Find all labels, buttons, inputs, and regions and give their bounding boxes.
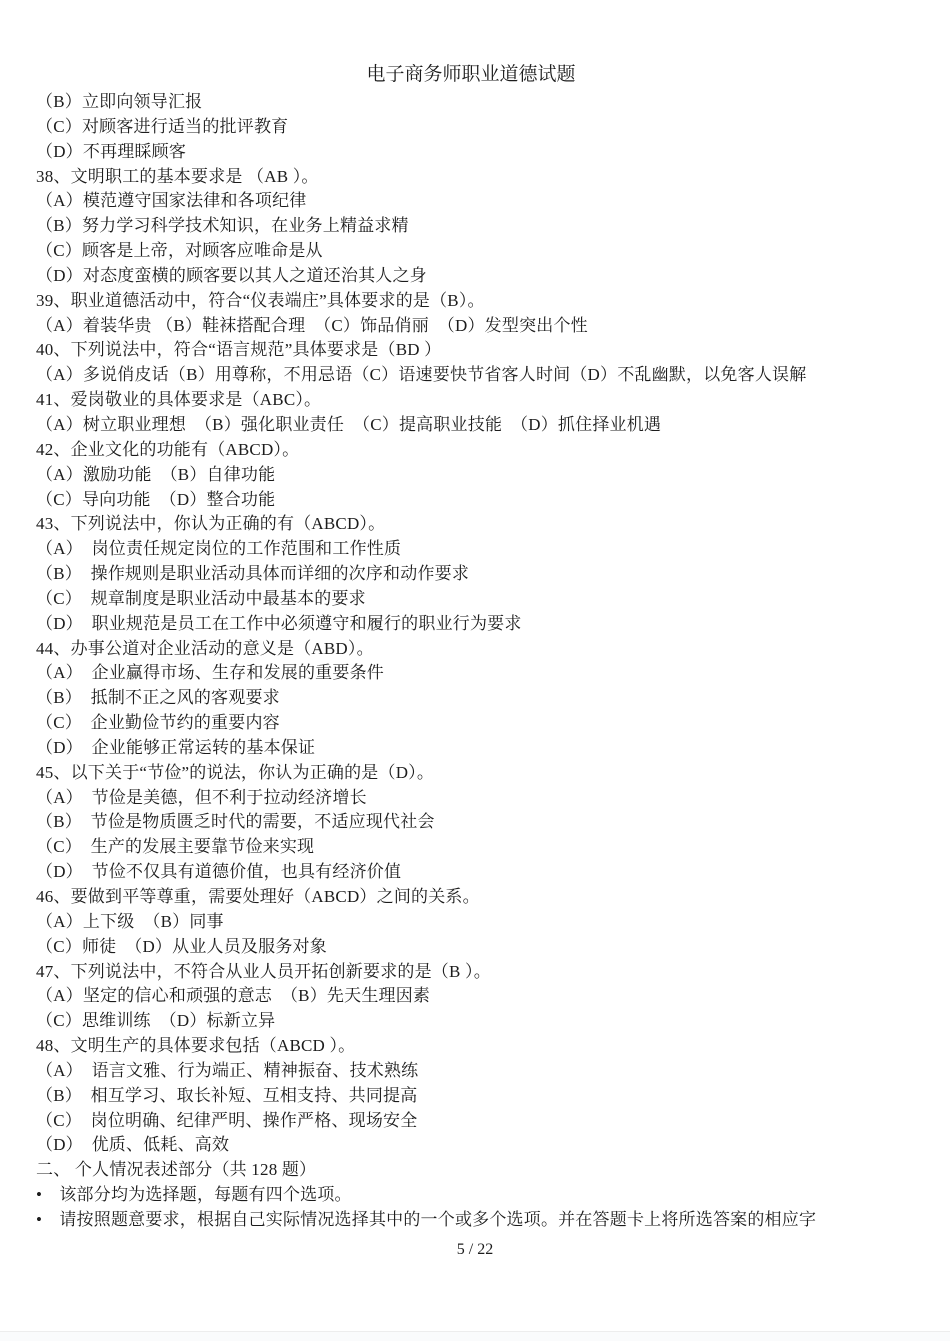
bottom-bar	[0, 1331, 950, 1341]
text-line: （B） 相互学习、取长补短、互相支持、共同提高	[36, 1084, 940, 1109]
text-line: （B） 节俭是物质匮乏时代的需要，不适应现代社会	[36, 810, 940, 835]
text-line: （D） 优质、低耗、高效	[36, 1133, 940, 1158]
document-title: 电子商务师职业道德试题	[0, 62, 942, 87]
text-line: （A）坚定的信心和顽强的意志 （B）先天生理因素	[36, 984, 940, 1009]
text-line: （A） 节俭是美德，但不利于拉动经济增长	[36, 786, 940, 811]
document-body: （B）立即向领导汇报（C）对顾客进行适当的批评教育（D）不再理睬顾客38、文明职…	[36, 90, 940, 1233]
text-line: （C） 企业勤俭节约的重要内容	[36, 711, 940, 736]
text-line: （B） 操作规则是职业活动具体而详细的次序和动作要求	[36, 562, 940, 587]
text-line: （C）导向功能 （D）整合功能	[36, 488, 940, 513]
text-line: （A）激励功能 （B）自律功能	[36, 463, 940, 488]
text-line: （D） 节俭不仅具有道德价值，也具有经济价值	[36, 860, 940, 885]
text-line: 48、文明生产的具体要求包括（ABCD ）。	[36, 1034, 940, 1059]
text-line: （D） 企业能够正常运转的基本保证	[36, 736, 940, 761]
text-line: （A） 企业赢得市场、生存和发展的重要条件	[36, 661, 940, 686]
page-number: 5 / 22	[0, 1241, 950, 1259]
text-line: （A）上下级 （B）同事	[36, 910, 940, 935]
text-line: 44、办事公道对企业活动的意义是（ABD）。	[36, 637, 940, 662]
text-line: （C）顾客是上帝，对顾客应唯命是从	[36, 239, 940, 264]
text-line: （C） 岗位明确、纪律严明、操作严格、现场安全	[36, 1109, 940, 1134]
text-line: （D）对态度蛮横的顾客要以其人之道还治其人之身	[36, 264, 940, 289]
text-line: （D）不再理睬顾客	[36, 140, 940, 165]
text-line: （A）模范遵守国家法律和各项纪律	[36, 189, 940, 214]
text-line: （C） 生产的发展主要靠节俭来实现	[36, 835, 940, 860]
text-line: 二、 个人情况表述部分（共 128 题）	[36, 1158, 940, 1183]
text-line: 43、下列说法中，你认为正确的有（ABCD）。	[36, 512, 940, 537]
text-line: （B）努力学习科学技术知识，在业务上精益求精	[36, 214, 940, 239]
text-line: （B） 抵制不正之风的客观要求	[36, 686, 940, 711]
text-line: 45、以下关于“节俭”的说法，你认为正确的是（D）。	[36, 761, 940, 786]
text-line: （B）立即向领导汇报	[36, 90, 940, 115]
document-page: 电子商务师职业道德试题 （B）立即向领导汇报（C）对顾客进行适当的批评教育（D）…	[0, 0, 950, 1341]
text-line: （D） 职业规范是员工在工作中必须遵守和履行的职业行为要求	[36, 612, 940, 637]
text-line: 38、文明职工的基本要求是 （AB ）。	[36, 165, 940, 190]
text-line: （A） 岗位责任规定岗位的工作范围和工作性质	[36, 537, 940, 562]
text-line: 40、下列说法中，符合“语言规范”具体要求是（BD ）	[36, 338, 940, 363]
text-line: 42、企业文化的功能有（ABCD）。	[36, 438, 940, 463]
text-line: • 请按照题意要求，根据自己实际情况选择其中的一个或多个选项。并在答题卡上将所选…	[36, 1208, 940, 1233]
text-line: （C）师徒 （D）从业人员及服务对象	[36, 935, 940, 960]
text-line: （C） 规章制度是职业活动中最基本的要求	[36, 587, 940, 612]
text-line: • 该部分均为选择题，每题有四个选项。	[36, 1183, 940, 1208]
text-line: （C）对顾客进行适当的批评教育	[36, 115, 940, 140]
text-line: 46、要做到平等尊重，需要处理好（ABCD）之间的关系。	[36, 885, 940, 910]
text-line: （A）树立职业理想 （B）强化职业责任 （C）提高职业技能 （D）抓住择业机遇	[36, 413, 940, 438]
text-line: （A）着装华贵 （B）鞋袜搭配合理 （C）饰品俏丽 （D）发型突出个性	[36, 314, 940, 339]
text-line: （A）多说俏皮话（B）用尊称，不用忌语（C）语速要快节省客人时间（D）不乱幽默，…	[36, 363, 940, 388]
text-line: （A） 语言文雅、行为端正、精神振奋、技术熟练	[36, 1059, 940, 1084]
text-line: 47、下列说法中，不符合从业人员开拓创新要求的是（B ）。	[36, 960, 940, 985]
text-line: 39、职业道德活动中，符合“仪表端庄”具体要求的是（B）。	[36, 289, 940, 314]
text-line: 41、爱岗敬业的具体要求是（ABC）。	[36, 388, 940, 413]
text-line: （C）思维训练 （D）标新立异	[36, 1009, 940, 1034]
